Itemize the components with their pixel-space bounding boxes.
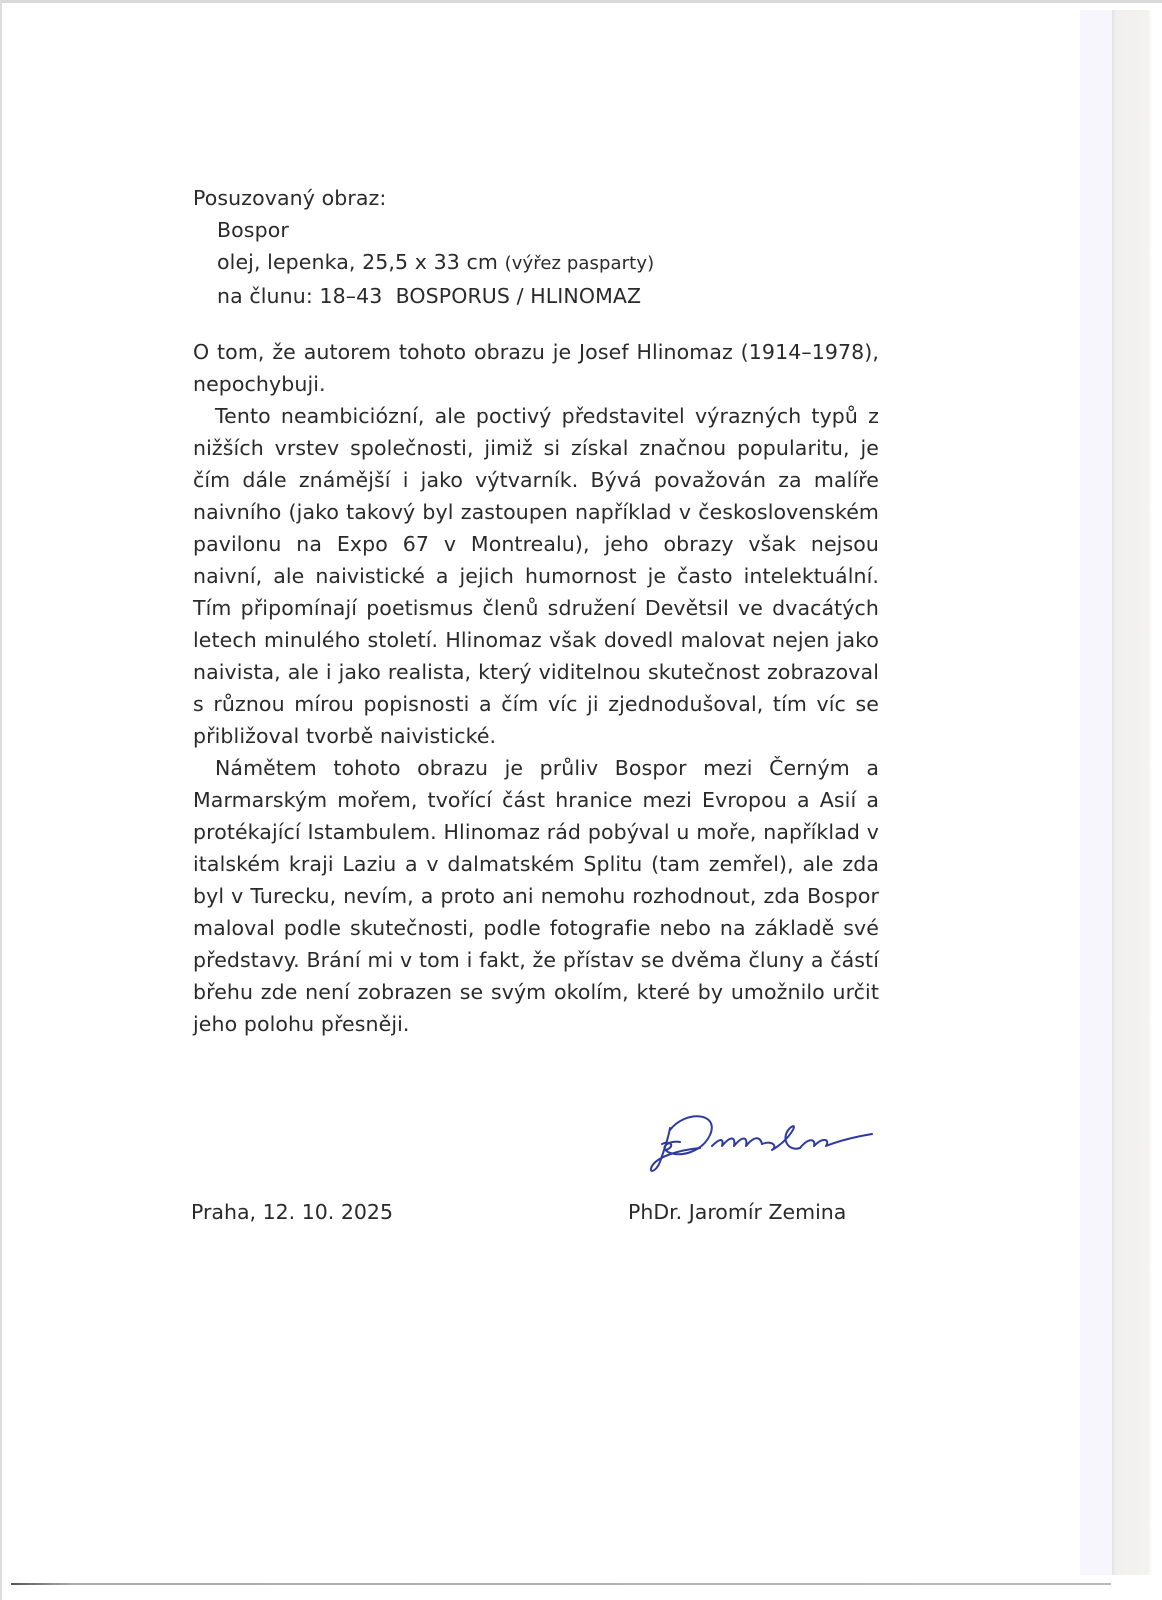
signature [640, 1100, 890, 1180]
artwork-label: Posuzovaný obraz: [193, 182, 879, 214]
scan-bottom-edge [11, 1583, 1111, 1585]
artwork-medium-main: olej, lepenka, 25,5 x 33 cm [217, 250, 498, 274]
scan-top-border [0, 0, 1162, 3]
signer-name: PhDr. Jaromír Zemina [628, 1197, 846, 1227]
signature-icon [640, 1100, 890, 1180]
artwork-title: Bospor [217, 214, 879, 246]
paragraph-subject: Námětem tohoto obrazu je průliv Bospor m… [193, 752, 879, 1040]
scan-left-border [0, 0, 2, 1600]
place-and-date: Praha, 12. 10. 2025 [191, 1197, 393, 1227]
page-edge-shadow [1112, 10, 1152, 1575]
artwork-inscription: na člunu: 18–43 BOSPORUS / HLINOMAZ [217, 280, 879, 312]
artwork-medium: olej, lepenka, 25,5 x 33 cm (výřez paspa… [217, 246, 879, 280]
page-edge-tint [1080, 10, 1112, 1575]
document-body: Posuzovaný obraz: Bospor olej, lepenka, … [193, 182, 879, 1040]
artwork-medium-note: (výřez pasparty) [505, 253, 655, 274]
paragraph-artist: Tento neambiciózní, ale poctivý představ… [193, 400, 879, 752]
paragraph-attribution: O tom, že autorem tohoto obrazu je Josef… [193, 336, 879, 400]
